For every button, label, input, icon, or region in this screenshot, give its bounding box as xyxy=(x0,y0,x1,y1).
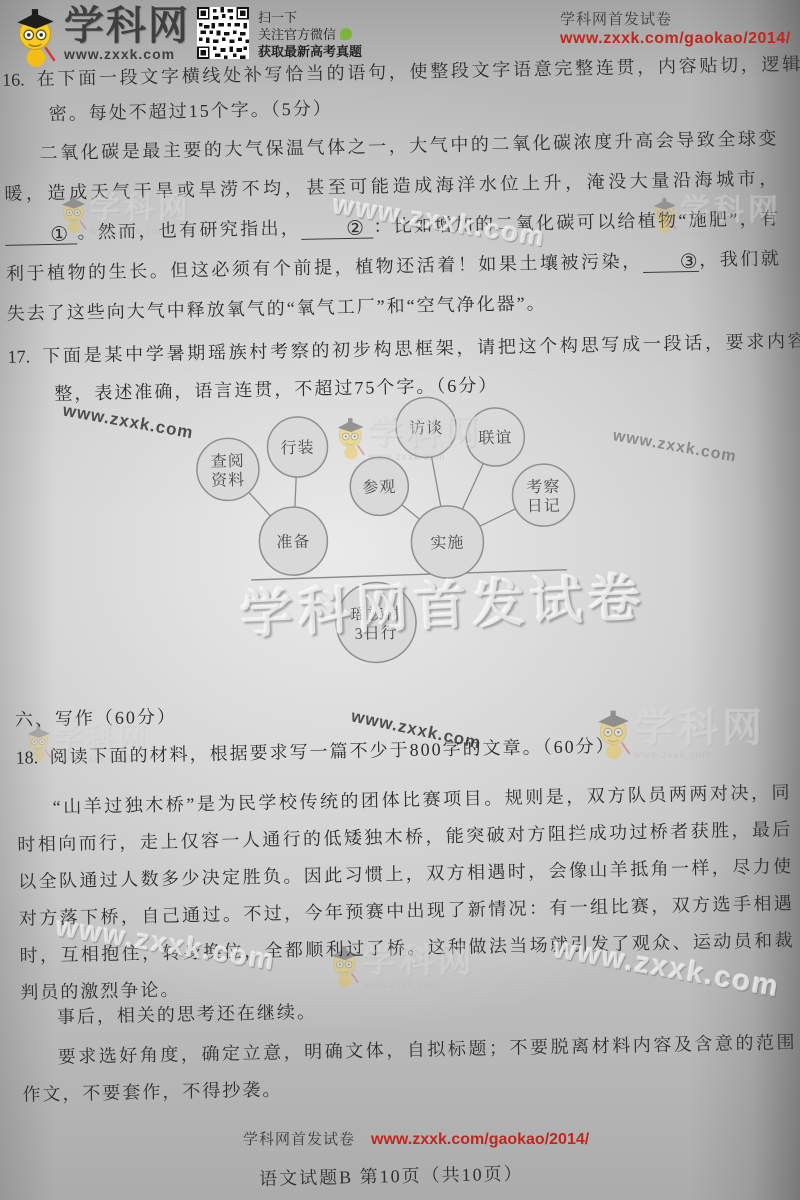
concept-map: 查阅资料行装参观访谈联谊考察日记准备实施瑶族村3日行 xyxy=(163,384,599,693)
svg-text:准备: 准备 xyxy=(276,533,310,552)
passage-part-1: 二氧化碳是最主要的大气保温气体之一，大气中的二氧化碳浓度升高会导致全球变暖，造成… xyxy=(4,128,779,204)
svg-text:访谈: 访谈 xyxy=(409,419,443,438)
blank-3: ③ xyxy=(643,253,699,273)
question-16-prompt: 在下面一段文字横线处补写恰当的语句，使整段文字语意完整连贯，内容贴切，逻辑严密。… xyxy=(36,53,800,124)
svg-text:参观: 参观 xyxy=(362,478,396,497)
question-16-number: 16. xyxy=(2,62,37,98)
essay-material-p1: “山羊过独木桥”是为民学校传统的团体比赛项目。规则是，双方队员两两对决，同时相向… xyxy=(16,774,795,1012)
question-17-number: 17. xyxy=(7,337,42,376)
essay-requirements: 要求选好角度，确定立意，明确文体，自拟标题；不要脱离材料内容及含意的范围作文，不… xyxy=(21,1024,797,1114)
passage-part-2: 。然而，也有研究指出， xyxy=(77,218,301,242)
question-18-prompt: 阅读下面的材料，根据要求写一篇不少于800字的文章。（60分） xyxy=(49,736,615,767)
blank-2: ② xyxy=(301,219,373,239)
footer-release-url-link[interactable]: www.zxxk.com/gaokao/2014/ xyxy=(371,1131,589,1149)
section-6-title: 六、写作（60分） xyxy=(15,697,178,740)
exam-paper-page: { "header": { "brand": "学科网", "brand_url… xyxy=(0,0,800,1200)
scanned-page: 16.在下面一段文字横线处补写恰当的语句，使整段文字语意完整连贯，内容贴切，逻辑… xyxy=(0,0,800,1200)
blank-3-label: ③ xyxy=(680,251,698,273)
blank-1-label: ① xyxy=(50,224,68,246)
svg-text:行装: 行装 xyxy=(280,439,314,458)
svg-text:联谊: 联谊 xyxy=(478,429,512,448)
release-url-link[interactable]: www.zxxk.com/gaokao/2014/ xyxy=(560,29,791,48)
concept-map-svg: 查阅资料行装参观访谈联谊考察日记准备实施瑶族村3日行 xyxy=(163,384,599,693)
blank-1: ① xyxy=(5,225,77,245)
question-16-passage: 二氧化碳是最主要的大气保温气体之一，大气中的二氧化碳浓度升高会导致全球变暖，造成… xyxy=(3,118,782,334)
blank-2-label: ② xyxy=(346,218,364,240)
svg-text:实施: 实施 xyxy=(430,534,464,553)
page-info: 语文试题B 第10页（共10页） xyxy=(259,1160,524,1191)
question-18-number: 18. xyxy=(15,739,50,776)
